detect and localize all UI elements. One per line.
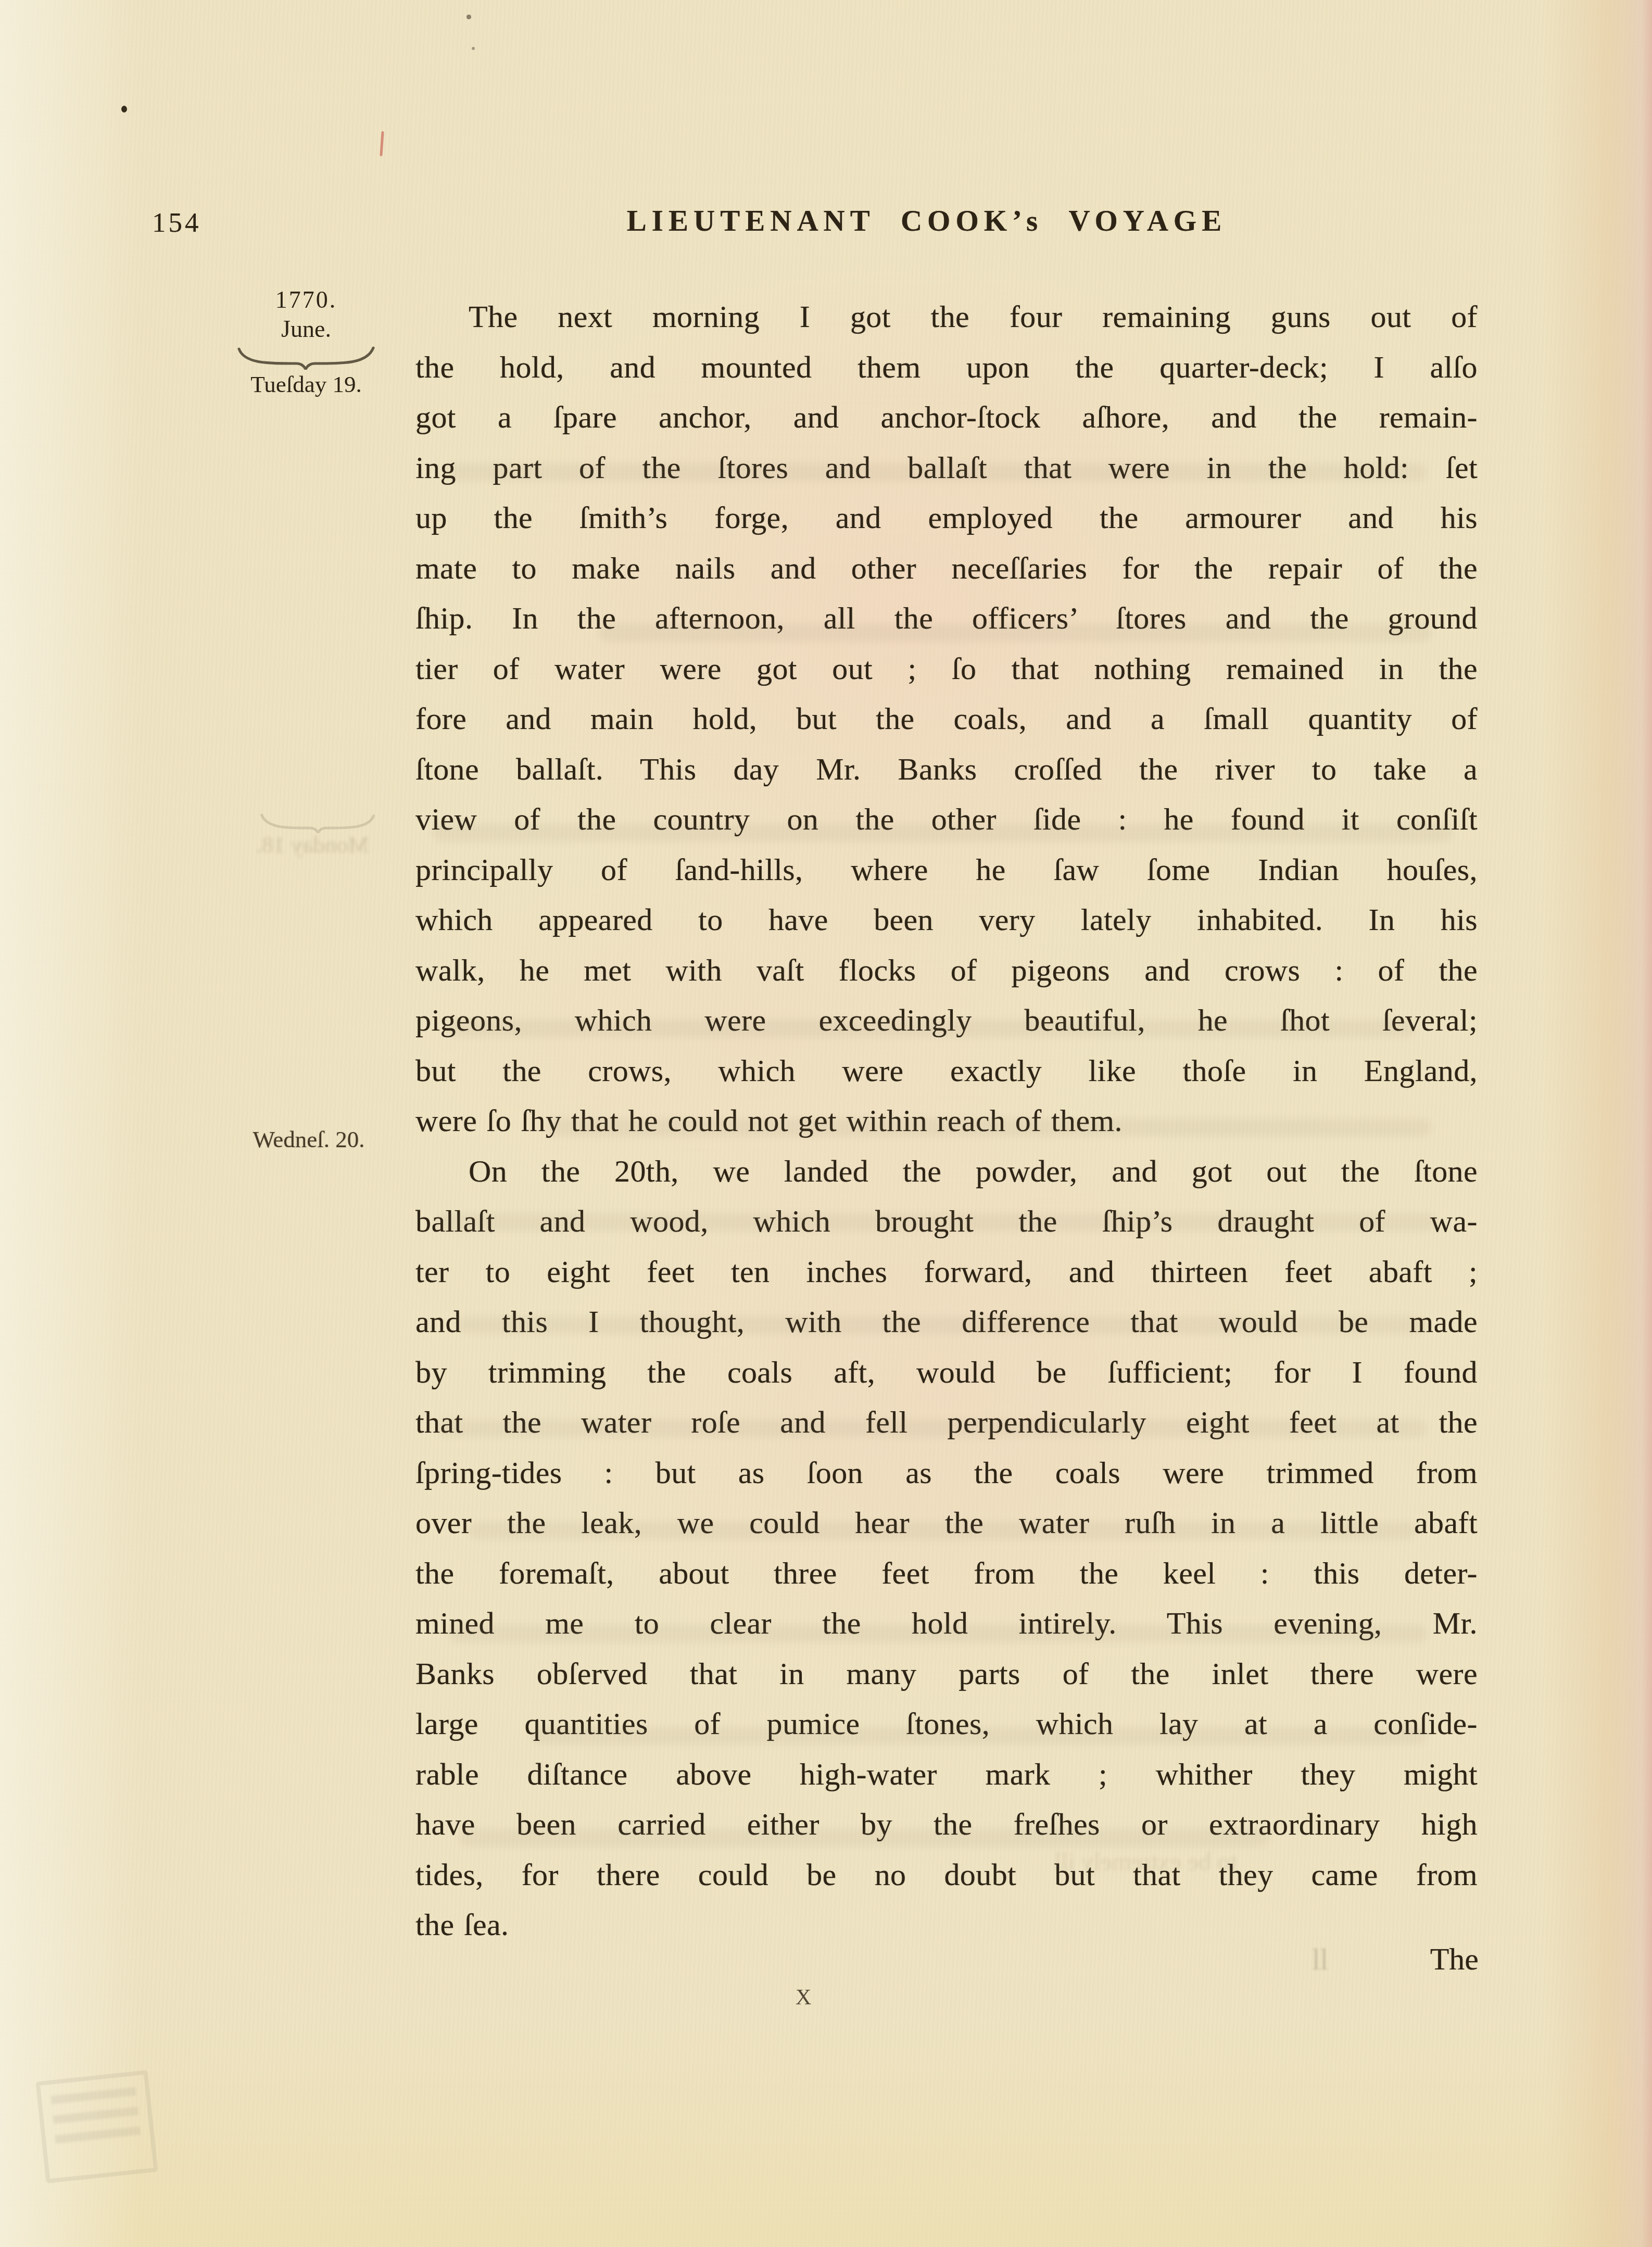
paper-speck — [121, 106, 127, 112]
bleedthrough-smudge — [437, 1420, 1427, 1437]
red-fiber-artifact — [380, 131, 384, 156]
body-line: On the 20th, we landed the powder, and g… — [415, 1146, 1478, 1197]
body-line: The next morning I got the four remainin… — [415, 292, 1478, 342]
bleedthrough-smudge — [547, 1119, 1432, 1136]
bleedthrough-margin-note: Monday 18. — [219, 831, 406, 858]
body-line: tides, for there could be no doubt but t… — [415, 1850, 1478, 1900]
body-line: which appeared to have been very lately … — [415, 895, 1478, 945]
bleedthrough-smudge — [531, 1727, 1427, 1744]
catchword: The — [1359, 1941, 1479, 1977]
bleedthrough-smudge — [437, 1213, 1437, 1231]
body-line: Banks obſerved that in many parts of the… — [415, 1649, 1478, 1699]
margin-note-month: June. — [207, 315, 405, 344]
body-line: principally of ſand-hills, where he ſaw … — [415, 845, 1478, 895]
bleedthrough-bottom-text: to be extremely ill — [989, 1848, 1302, 1876]
bleedthrough-brace-icon — [245, 812, 390, 833]
body-line: fore and main hold, but the coals, and a… — [415, 694, 1478, 744]
body-line: the hold, and mounted them upon the quar… — [415, 342, 1478, 393]
faint-library-stamp — [35, 2070, 158, 2183]
margin-note-wednesday-20: Wedneſ. 20. — [212, 1126, 405, 1153]
bleedthrough-smudge — [432, 824, 1453, 842]
book-page-scan: 154 LIEUTENANT COOK’s VOYAGE 1770. June.… — [0, 0, 1652, 2247]
body-line: mate to make nails and other neceſſaries… — [415, 543, 1478, 594]
margin-brace-icon — [236, 345, 376, 370]
bleedthrough-smudge — [448, 1625, 1427, 1642]
body-line: the foremaſt, about three feet from the … — [415, 1548, 1478, 1599]
paper-speck — [472, 47, 475, 50]
bleedthrough-smudge — [458, 1829, 1270, 1847]
body-line: rable diſtance above high-water mark ; w… — [415, 1749, 1478, 1800]
bleedthrough-smudge — [599, 624, 1432, 642]
bleedthrough-catchword-mark: ll — [1312, 1943, 1354, 1977]
margin-note-tuesday-19: Tueſday 19. — [207, 370, 405, 399]
body-line: ter to eight feet ten inches forward, an… — [415, 1247, 1478, 1297]
body-line: by trimming the coals aft, would be ſuff… — [415, 1347, 1478, 1398]
bleedthrough-smudge — [458, 1316, 1427, 1334]
paper-speck — [466, 15, 471, 19]
margin-note-year: 1770. — [207, 285, 405, 315]
signature-mark: X — [796, 1985, 812, 2010]
body-line: walk, he met with vaſt flocks of pigeons… — [415, 945, 1478, 996]
body-line: but the crows, which were exactly like t… — [415, 1046, 1478, 1096]
body-line: got a ſpare anchor, and anchor-ſtock aſh… — [415, 392, 1478, 443]
body-line: the ſea. — [415, 1900, 1478, 1950]
body-line: ſtone ballaſt. This day Mr. Banks croſſe… — [415, 744, 1478, 795]
body-line: up the ſmith’s forge, and employed the a… — [415, 493, 1478, 543]
bleedthrough-smudge — [448, 463, 1427, 481]
bleedthrough-smudge — [469, 1522, 1416, 1539]
page-number: 154 — [152, 207, 201, 238]
running-header-title: LIEUTENANT COOK’s VOYAGE — [552, 204, 1302, 238]
body-line: ſpring-tides : but as ſoon as the coals … — [415, 1448, 1478, 1498]
bleedthrough-smudge — [448, 1020, 1416, 1037]
margin-date-block: 1770. June. Tueſday 19. — [207, 285, 405, 399]
body-line: tier of water were got out ; ſo that not… — [415, 644, 1478, 694]
